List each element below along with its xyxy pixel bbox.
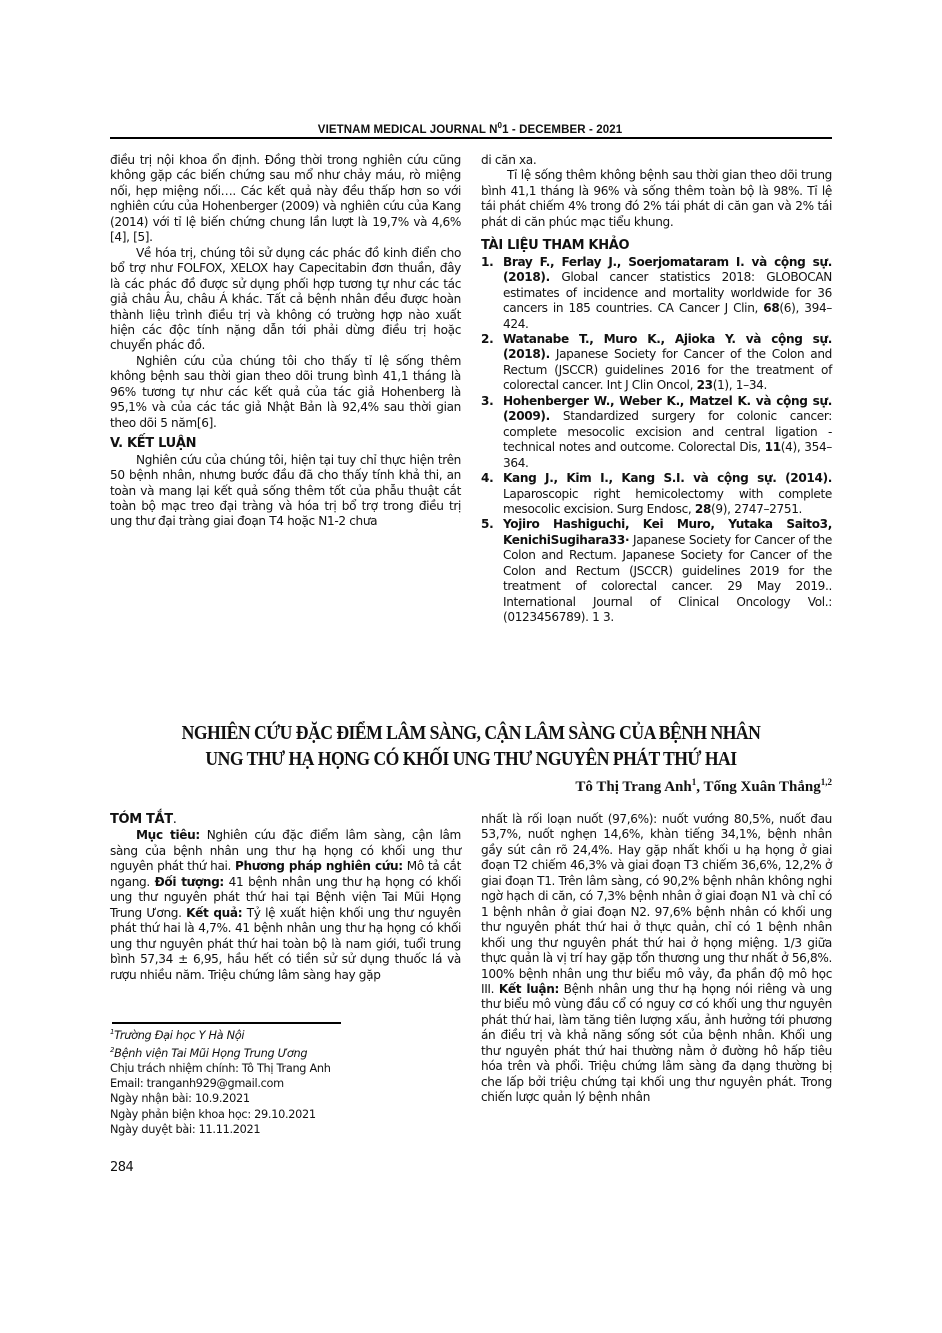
abstract-text: nhất là rối loạn nuốt (97,6%): nuốt vướn… — [481, 812, 832, 996]
reference-volume: 68 — [763, 301, 779, 315]
page-number: 284 — [110, 1160, 133, 1175]
corresponding-author: Chịu trách nhiệm chính: Tô Thị Trang Anh — [110, 1061, 470, 1076]
reference-number: 4. — [481, 471, 493, 486]
abstract-keyword: Đối tượng: — [155, 875, 224, 889]
author-name: Tô Thị Trang Anh — [575, 779, 691, 795]
abstract-keyword: Kết luận: — [499, 982, 559, 996]
author-name: Tống Xuân Thắng — [703, 779, 820, 795]
reference-number: 2. — [481, 332, 493, 347]
abstract-text: Bệnh nhân ung thư hạ họng nói riêng và u… — [481, 982, 832, 1104]
email: Email: tranganh929@gmail.com — [110, 1076, 470, 1091]
reference-number: 1. — [481, 255, 493, 270]
journal-page: VIETNAM MEDICAL JOURNAL N01 - DECEMBER -… — [0, 0, 942, 1333]
reference-pages: , 2747–2751. — [727, 502, 802, 516]
reference-volume: 11 — [765, 440, 781, 454]
reference-volume: 23 — [697, 378, 713, 392]
paragraph: Tỉ lệ sống thêm không bệnh sau thời gian… — [481, 168, 832, 230]
reference-issue: (9) — [711, 502, 727, 516]
abstract-heading-suffix: . — [173, 812, 177, 827]
paragraph: Về hóa trị, chúng tôi sử dụng các phác đ… — [110, 246, 461, 354]
abstract-right-column: nhất là rối loạn nuốt (97,6%): nuốt vướn… — [481, 812, 832, 1106]
article-title-line: NGHIÊN CỨU ĐẶC ĐIỂM LÂM SÀNG, CẬN LÂM SÀ… — [161, 720, 782, 746]
author-affiliation: 1,2 — [821, 777, 832, 787]
abstract-paragraph: nhất là rối loạn nuốt (97,6%): nuốt vướn… — [481, 812, 832, 1106]
reference-issue: (1) — [713, 378, 729, 392]
reference-item: 2.Watanabe T., Muro K., Ajioka Y. và cộn… — [481, 332, 832, 394]
affiliation-text: Bệnh viện Tai Mũi Họng Trung Ương — [114, 1047, 307, 1060]
reference-item: 3.Hohenberger W., Weber K., Matzel K. và… — [481, 394, 832, 471]
references-heading: TÀI LIỆU THAM KHẢO — [481, 238, 832, 253]
paragraph: Nghiên cứu của chúng tôi, hiện tại tuy c… — [110, 453, 461, 530]
received-date: Ngày nhận bài: 10.9.2021 — [110, 1091, 470, 1106]
affiliation-text: Trường Đại học Y Hà Nội — [114, 1029, 244, 1042]
affiliation-1: 1Trường Đại học Y Hà Nội — [110, 1025, 470, 1043]
reference-text: Japanese Society for Cancer of the Colon… — [503, 347, 832, 392]
review-date: Ngày phản biện khoa học: 29.10.2021 — [110, 1107, 470, 1122]
paragraph: Nghiên cứu của chúng tôi cho thấy tỉ lệ … — [110, 354, 461, 431]
article-title-line: UNG THƯ HẠ HỌNG CÓ KHỐI UNG THƯ NGUYÊN P… — [161, 746, 782, 772]
reference-issue: (4) — [781, 440, 797, 454]
running-head-text-post: 1 - DECEMBER - 2021 — [502, 124, 622, 136]
abstract-left-column: TÓM TẮT. Mục tiêu: Nghiên cứu đặc điểm l… — [110, 812, 461, 983]
abstract-keyword: Kết quả: — [186, 906, 242, 920]
reference-number: 5. — [481, 517, 493, 532]
reference-list: 1.Bray F., Ferlay J., Soerjomataram I. v… — [481, 255, 832, 626]
running-head-text: VIETNAM MEDICAL JOURNAL N — [318, 124, 498, 136]
paragraph: điều trị nội khoa ổn định. Đồng thời tro… — [110, 153, 461, 246]
reference-item: 4.Kang J., Kim I., Kang S.I. và cộng sự.… — [481, 471, 832, 517]
abstract-keyword: Mục tiêu: — [136, 828, 200, 842]
accepted-date: Ngày duyệt bài: 11.11.2021 — [110, 1122, 470, 1137]
reference-number: 3. — [481, 394, 493, 409]
abstract-paragraph: Mục tiêu: Nghiên cứu đặc điểm lâm sàng, … — [110, 828, 461, 983]
abstract-heading: TÓM TẮT. — [110, 812, 461, 827]
abstract-keyword: Phương pháp nghiên cứu: — [235, 859, 403, 873]
reference-authors: Kang J., Kim I., Kang S.I. và cộng sự. (… — [503, 471, 832, 485]
reference-item: 1.Bray F., Ferlay J., Soerjomataram I. v… — [481, 255, 832, 332]
footnotes: 1Trường Đại học Y Hà Nội 2Bệnh viện Tai … — [110, 1025, 470, 1137]
reference-issue: (6) — [779, 301, 795, 315]
section-heading-conclusion: V. KẾT LUẬN — [110, 436, 461, 451]
header-rule — [110, 137, 832, 139]
reference-item: 5.Yojiro Hashiguchi, Kei Muro, Yutaka Sa… — [481, 517, 832, 625]
article-authors: Tô Thị Trang Anh1, Tống Xuân Thắng1,2 — [575, 777, 832, 796]
running-head: VIETNAM MEDICAL JOURNAL N01 - DECEMBER -… — [110, 121, 830, 136]
reference-volume: 28 — [695, 502, 711, 516]
reference-pages: , 1–34. — [729, 378, 767, 392]
affiliation-2: 2Bệnh viện Tai Mũi Họng Trung Ương — [110, 1043, 470, 1061]
article-title: NGHIÊN CỨU ĐẶC ĐIỂM LÂM SÀNG, CẬN LÂM SÀ… — [161, 720, 782, 772]
paragraph: di căn xa. — [481, 153, 832, 168]
prev-article-right-column: di căn xa. Tỉ lệ sống thêm không bệnh sa… — [481, 153, 832, 626]
prev-article-left-column: điều trị nội khoa ổn định. Đồng thời tro… — [110, 153, 461, 530]
footnote-rule — [112, 1022, 341, 1024]
abstract-heading-text: TÓM TẮT — [110, 812, 173, 827]
